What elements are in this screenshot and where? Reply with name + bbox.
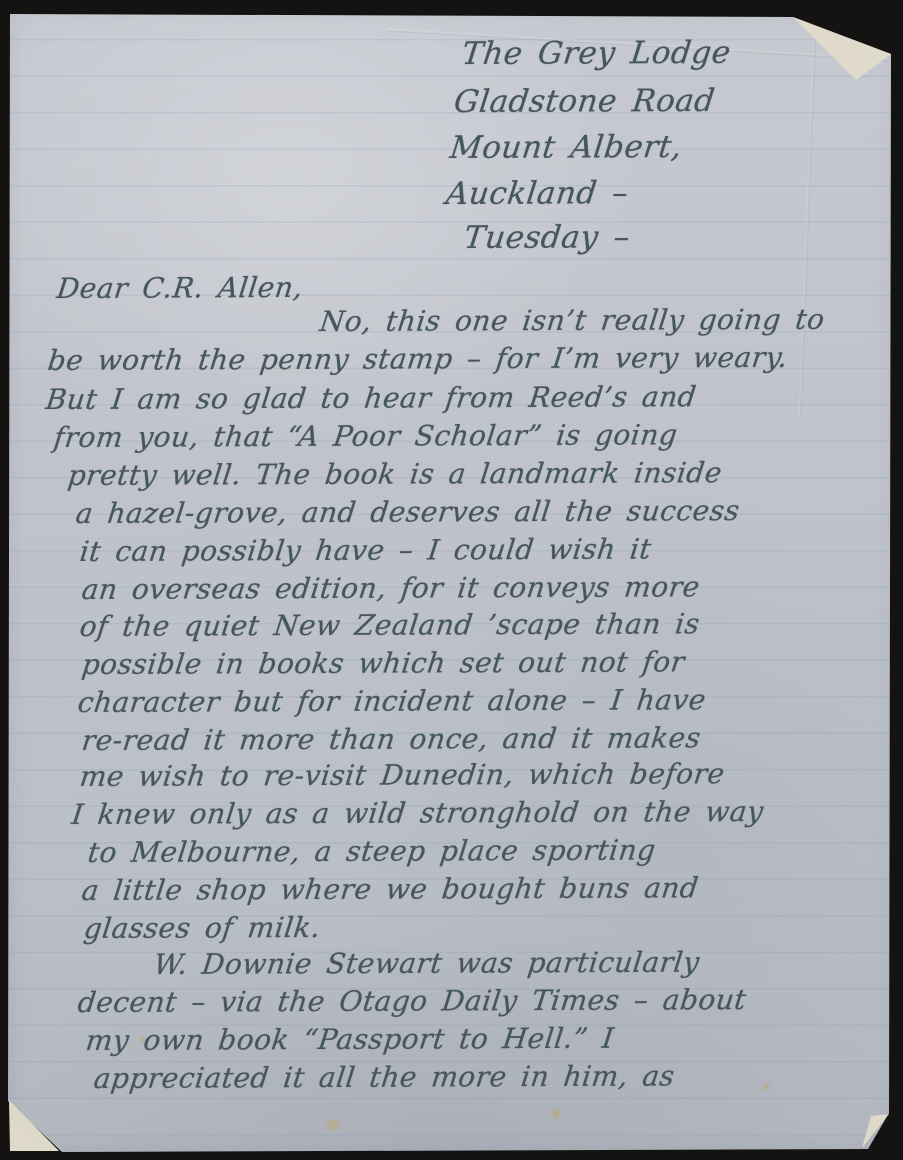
handwritten-line: character but for incident alone – I hav… [76, 683, 708, 719]
handwritten-line: a hazel-grove, and deserves all the succ… [74, 494, 742, 530]
handwritten-line: Auckland – [444, 175, 630, 212]
photo-background: The Grey LodgeGladstone RoadMount Albert… [0, 0, 903, 1160]
handwritten-line: my own book “Passport to Hell.” I [84, 1022, 616, 1057]
handwritten-line: No, this one isn’t really going to [318, 303, 827, 338]
handwritten-line: from you, that “A Poor Scholar” is going [52, 418, 679, 454]
handwritten-line: Mount Albert, [448, 129, 684, 166]
handwritten-line: appreciated it all the more in him, as [92, 1059, 677, 1095]
handwritten-line: an overseas edition, for it conveys more [80, 570, 702, 606]
handwritten-line: I knew only as a wild stronghold on the … [70, 795, 766, 831]
letter-page: The Grey LodgeGladstone RoadMount Albert… [0, 0, 903, 1160]
handwritten-line: pretty well. The book is a landmark insi… [66, 456, 724, 492]
handwritten-line: be worth the penny stamp – for I’m very … [46, 341, 790, 377]
handwritten-line: decent – via the Otago Daily Times – abo… [76, 983, 748, 1019]
handwritten-line: a little shop where we bought buns and [80, 871, 700, 907]
handwritten-line: of the quiet New Zealand ’scape than is [78, 607, 702, 643]
handwritten-line: Gladstone Road [452, 83, 717, 120]
handwriting-layer: The Grey LodgeGladstone RoadMount Albert… [0, 0, 903, 1160]
handwritten-line: it can possibly have – I could wish it [78, 533, 653, 568]
handwritten-line: W. Downie Stewart was particularly [152, 946, 701, 981]
handwritten-line: to Melbourne, a steep place sporting [86, 834, 658, 869]
handwritten-line: But I am so glad to hear from Reed’s and [44, 380, 698, 416]
handwritten-line: Dear C.R. Allen, [55, 271, 305, 305]
handwritten-line: The Grey Lodge [460, 35, 733, 72]
handwritten-line: glasses of milk. [82, 911, 323, 945]
handwritten-line: possible in books which set out not for [80, 645, 687, 681]
handwritten-line: me wish to re-visit Dunedin, which befor… [78, 757, 727, 793]
handwritten-line: re-read it more than once, and it makes [80, 721, 703, 757]
handwritten-line: Tuesday – [462, 219, 632, 256]
